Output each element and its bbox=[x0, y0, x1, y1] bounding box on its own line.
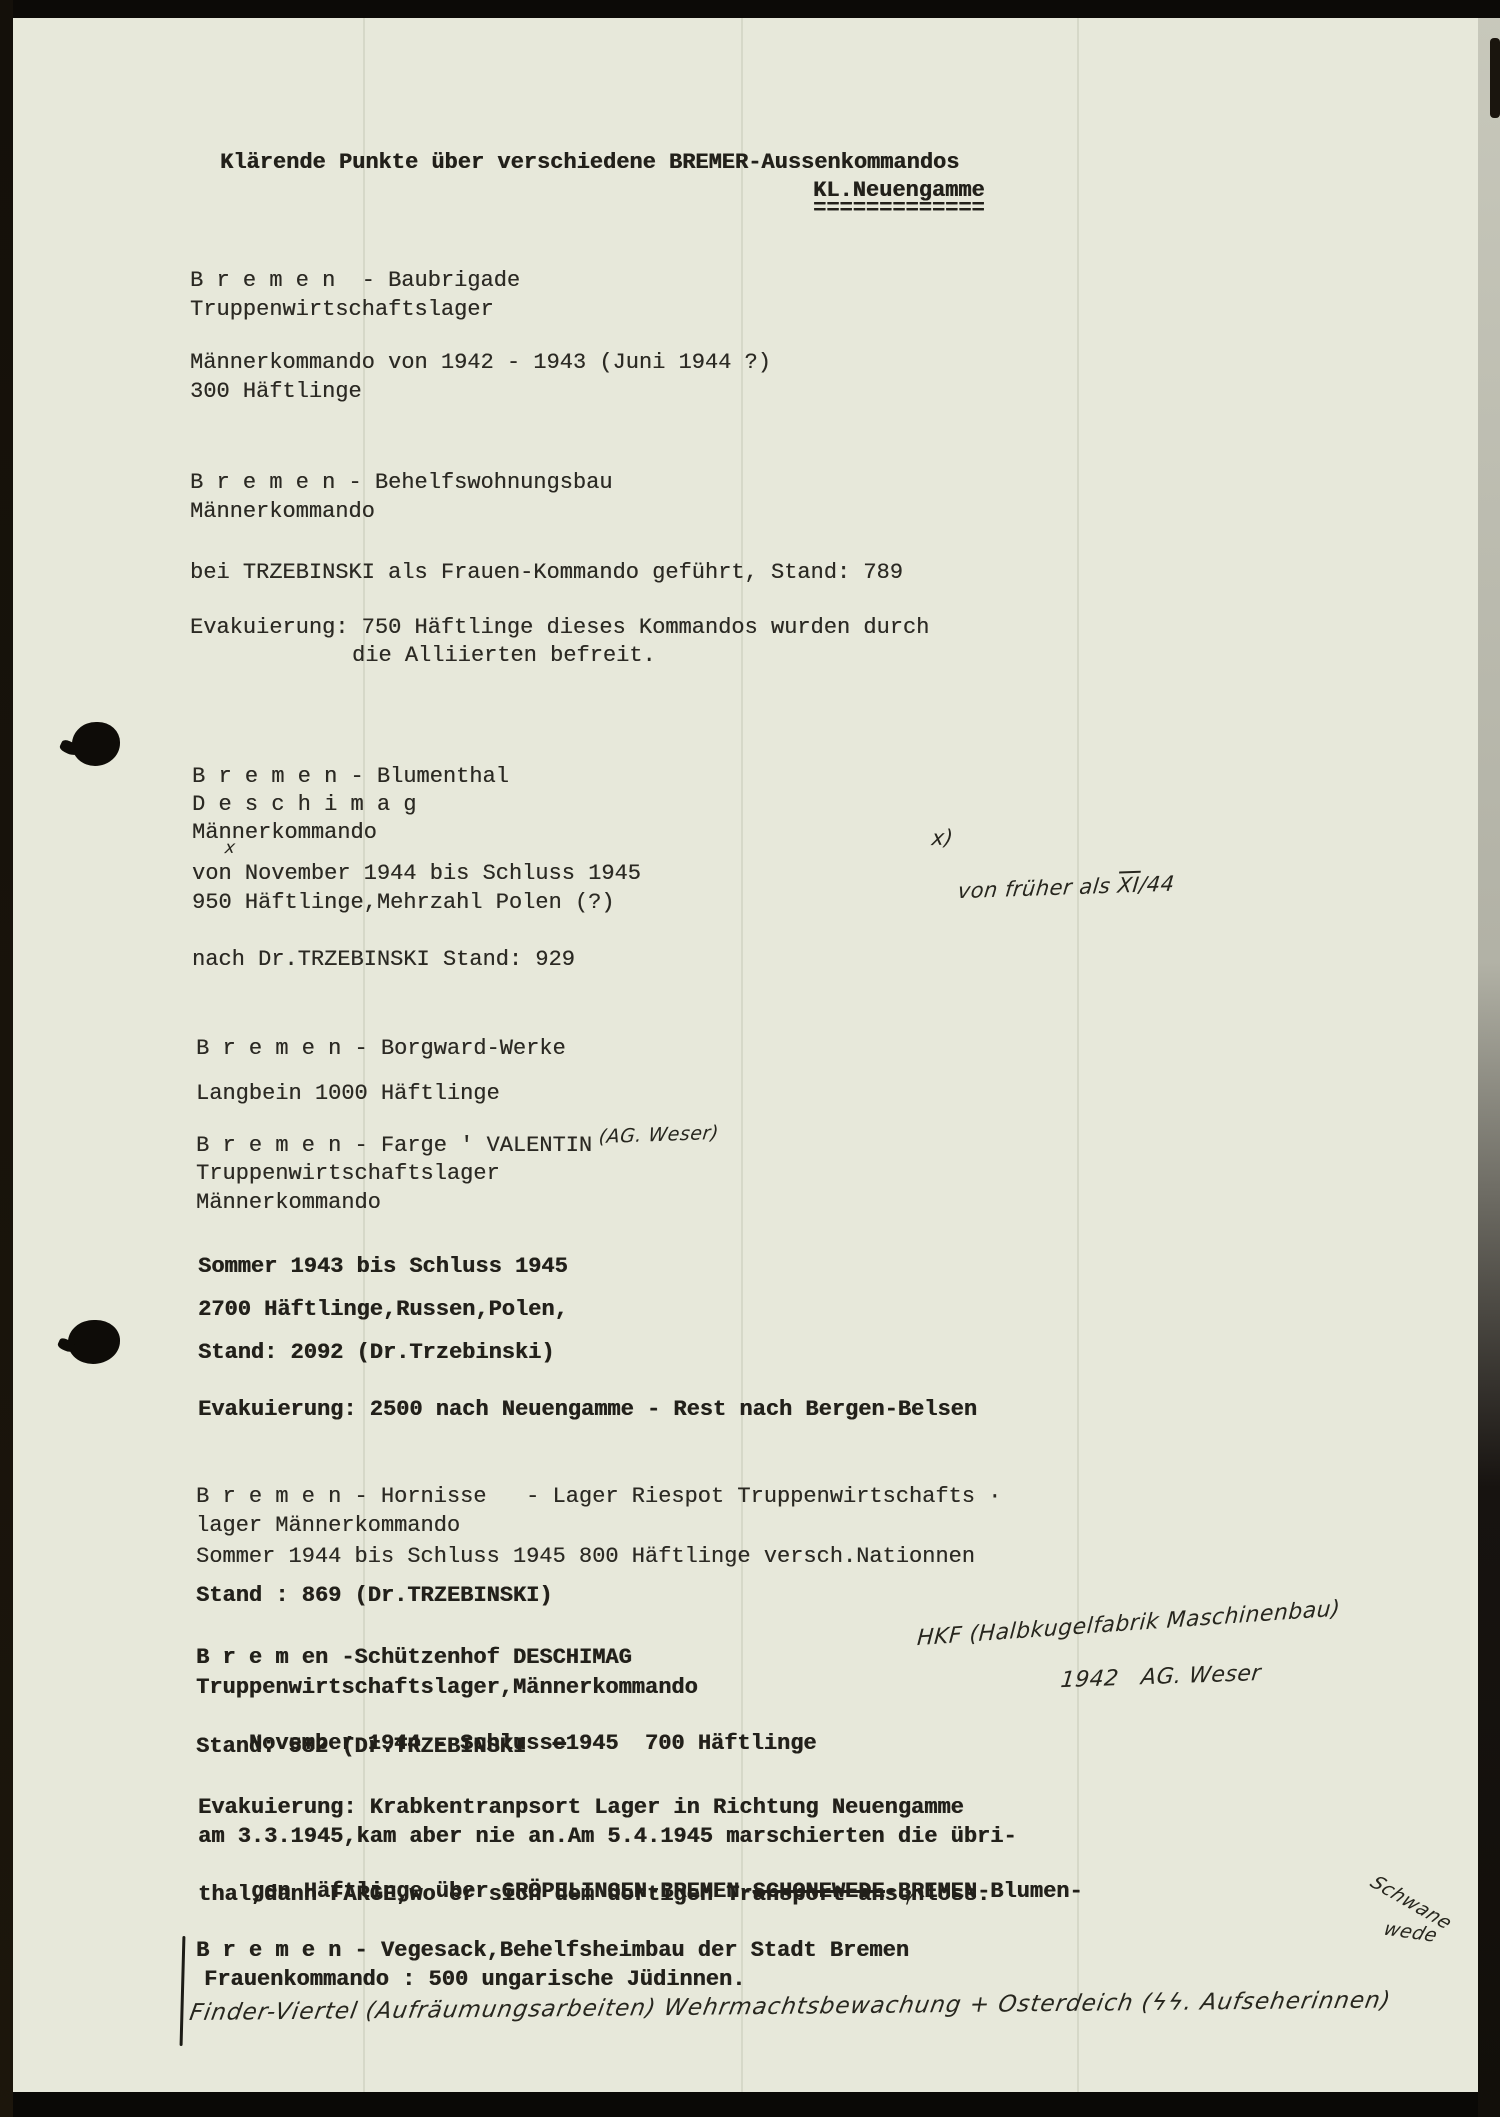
scan-seam bbox=[1077, 0, 1079, 2117]
scan-edge-top bbox=[0, 0, 1500, 18]
scan-edge-left bbox=[0, 0, 13, 2117]
camp-underline: ============= bbox=[813, 196, 985, 222]
hornisse-line: Stand : 869 (Dr.TRZEBINSKI) bbox=[196, 1583, 552, 1609]
handwritten-insert-mark: x bbox=[224, 838, 237, 858]
schuetzenhof-evak-line: thal,dann FARGE,wo er sich dem dortigen … bbox=[198, 1882, 990, 1908]
vegesack-heading: B r e m e n - Vegesack,Behelfsheimbau de… bbox=[196, 1938, 909, 1964]
document-scan: Klärende Punkte über verschiedene BREMER… bbox=[0, 0, 1500, 2117]
schuetzenhof-heading: B r e m en -Schützenhof DESCHIMAG bbox=[196, 1645, 632, 1671]
behelfswohnungsbau-line: bei TRZEBINSKI als Frauen-Kommando gefüh… bbox=[190, 560, 903, 586]
farge-line: Sommer 1943 bis Schluss 1945 bbox=[198, 1254, 568, 1280]
farge-line: 2700 Häftlinge,Russen,Polen, bbox=[198, 1297, 568, 1323]
hornisse-heading: B r e m e n - Hornisse - Lager Riespot T… bbox=[196, 1484, 1001, 1510]
blumenthal-heading: D e s c h i m a g bbox=[192, 792, 416, 818]
blumenthal-line: nach Dr.TRZEBINSKI Stand: 929 bbox=[192, 947, 575, 973]
schuetzenhof-evak-line: am 3.3.1945,kam aber nie an.Am 5.4.1945 … bbox=[198, 1824, 1017, 1850]
behelfswohnungsbau-heading: B r e m e n - Behelfswohnungsbau bbox=[190, 470, 612, 496]
schuetzenhof-line2-struck: e bbox=[552, 1731, 565, 1756]
handwritten-ref-mark: x) bbox=[930, 825, 954, 850]
handwritten-date-note-text: von früher als bbox=[957, 874, 1119, 904]
handwritten-bottom-note: Finder-Viertel (Aufräumungsarbeiten) Weh… bbox=[188, 1987, 1393, 2026]
punch-hole-bottom bbox=[68, 1320, 120, 1364]
hornisse-line: Sommer 1944 bis Schluss 1945 800 Häftlin… bbox=[196, 1544, 975, 1570]
blumenthal-line: von November 1944 bis Schluss 1945 bbox=[192, 861, 641, 887]
behelfswohnungsbau-evak-line: die Alliierten befreit. bbox=[352, 643, 656, 669]
document-title: Klärende Punkte über verschiedene BREMER… bbox=[220, 150, 959, 176]
blumenthal-line: 950 Häftlinge,Mehrzahl Polen (?) bbox=[192, 890, 614, 916]
schuetzenhof-line2-post: 1945 700 Häftlinge bbox=[566, 1731, 817, 1756]
schuetzenhof-evak-line: Evakuierung: Krabkentranpsort Lager in R… bbox=[198, 1795, 964, 1821]
schuetzenhof-line: Truppenwirtschaftslager,Männerkommando bbox=[196, 1675, 698, 1701]
pen-margin-stroke bbox=[180, 1936, 186, 2046]
borgward-heading: B r e m e n - Borgward-Werke bbox=[196, 1036, 566, 1062]
farge-line: Männerkommando bbox=[196, 1190, 381, 1216]
handwritten-caret-mark: γ bbox=[903, 1886, 916, 1906]
handwritten-agweser-1942-note: 1942 AG. Weser bbox=[1059, 1661, 1262, 1693]
scan-edge-bottom bbox=[0, 2092, 1500, 2117]
blumenthal-heading: Männerkommando bbox=[192, 820, 377, 846]
handwritten-roman-numeral: XI bbox=[1116, 873, 1140, 898]
handwritten-date-note-suffix: /44 bbox=[1138, 872, 1176, 897]
handwritten-ag-weser-note: (AG. Weser) bbox=[598, 1122, 720, 1148]
baubrigade-heading: B r e m e n - Baubrigade bbox=[190, 268, 520, 294]
scan-edge-right-notch bbox=[1490, 38, 1500, 118]
baubrigade-line: 300 Häftlinge bbox=[190, 379, 362, 405]
farge-line: Stand: 2092 (Dr.Trzebinski) bbox=[198, 1340, 554, 1366]
farge-line: Truppenwirtschaftslager bbox=[196, 1161, 500, 1187]
farge-heading: B r e m e n - Farge ' VALENTIN bbox=[196, 1133, 592, 1159]
blumenthal-heading: B r e m e n - Blumenthal bbox=[192, 764, 509, 790]
schuetzenhof-line: Stand: 582 (Dr.TRZEBINSKI bbox=[196, 1734, 526, 1760]
punch-hole-top bbox=[72, 722, 120, 766]
baubrigade-line: Männerkommando von 1942 - 1943 (Juni 194… bbox=[190, 350, 771, 376]
scan-edge-right bbox=[1478, 18, 1500, 2117]
hornisse-line: lager Männerkommando bbox=[196, 1513, 460, 1539]
vegesack-line: Frauenkommando : 500 ungarische Jüdinnen… bbox=[204, 1967, 745, 1993]
handwritten-hkf-note: HKF (Halbkugelfabrik Maschinenbau) bbox=[916, 1596, 1341, 1651]
handwritten-date-note: von früher als XI/44 bbox=[925, 847, 1178, 928]
behelfswohnungsbau-line: Männerkommando bbox=[190, 499, 375, 525]
baubrigade-line: Truppenwirtschaftslager bbox=[190, 297, 494, 323]
behelfswohnungsbau-evak-line: Evakuierung: 750 Häftlinge dieses Komman… bbox=[190, 615, 929, 641]
borgward-line: Langbein 1000 Häftlinge bbox=[196, 1081, 500, 1107]
farge-evak-line: Evakuierung: 2500 nach Neuengamme - Rest… bbox=[198, 1397, 977, 1423]
